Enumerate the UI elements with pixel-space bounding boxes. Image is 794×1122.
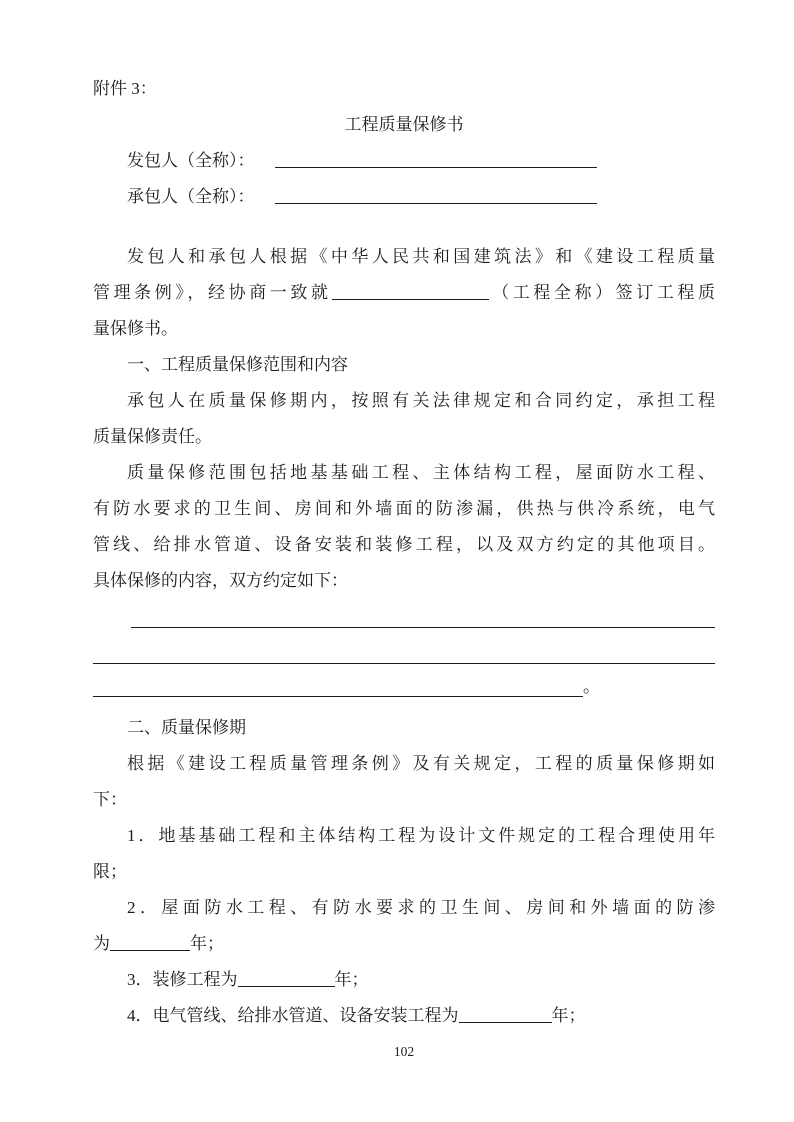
intro-text-pre: 管理条例》，经协商一致就 (93, 283, 332, 302)
write-in-rule-line (93, 628, 715, 664)
write-in-rule-line: 。 (93, 664, 715, 697)
write-in-rule-segment (93, 663, 583, 697)
item-4-text-post: 年； (552, 1006, 586, 1025)
intro-paragraph-line: 发包人和承包人根据《中华人民共和国建筑法》和《建设工程质量 (93, 239, 715, 275)
section1-paragraph-line: 承包人在质量保修期内，按照有关法律规定和合同约定，承担工程 (93, 383, 715, 419)
item-3-text-pre: 3．装修工程为 (127, 970, 238, 989)
item-2-text-post: 年； (190, 934, 224, 953)
section2-heading: 二、质量保修期 (93, 710, 715, 746)
party-a-label: 发包人（全称）： (127, 151, 255, 170)
warranty-item-4-line: 4．电气管线、给排水管道、设备安装工程为年； (93, 998, 715, 1034)
party-b-line: 承包人（全称）： (93, 179, 715, 215)
item-2-text-pre: 为 (93, 934, 110, 953)
warranty-item-1-line: 1．地基基础工程和主体结构工程为设计文件规定的工程合理使用年 (93, 818, 715, 854)
party-a-fill-blank (275, 155, 597, 168)
item-2-years-fill-blank (110, 938, 190, 951)
rule-line-terminator: 。 (583, 677, 600, 697)
section1-paragraph-line: 质量保修责任。 (93, 419, 715, 455)
section2-paragraph-line: 下： (93, 782, 715, 818)
section1-paragraph-line: 管线、给排水管道、设备安装和装修工程，以及双方约定的其他项目。 (93, 527, 715, 563)
warranty-item-2-line: 为年； (93, 926, 715, 962)
write-in-rule-line (131, 599, 715, 628)
item-4-text-pre: 4．电气管线、给排水管道、设备安装工程为 (127, 1006, 459, 1025)
project-name-fill-blank (332, 287, 489, 300)
section1-paragraph-line: 有防水要求的卫生间、房间和外墙面的防渗漏，供热与供冷系统，电气 (93, 491, 715, 527)
intro-paragraph-line: 量保修书。 (93, 311, 715, 347)
intro-paragraph-line: 管理条例》，经协商一致就（工程全称）签订工程质 (93, 275, 715, 311)
page-number: 102 (93, 1042, 715, 1062)
warranty-item-3-line: 3．装修工程为年； (93, 962, 715, 998)
section1-paragraph-line: 具体保修的内容，双方约定如下： (93, 563, 715, 599)
intro-text-post: （工程全称）签订工程质 (489, 283, 715, 302)
party-a-line: 发包人（全称）： (93, 143, 715, 179)
section1-paragraph-line: 质量保修范围包括地基基础工程、主体结构工程，屋面防水工程、 (93, 455, 715, 491)
party-b-fill-blank (275, 191, 597, 204)
vertical-spacer (93, 215, 715, 239)
item-3-years-fill-blank (238, 974, 335, 987)
attachment-label: 附件 3： (93, 71, 715, 107)
section1-heading: 一、工程质量保修范围和内容 (93, 347, 715, 383)
item-4-years-fill-blank (459, 1010, 552, 1023)
item-3-text-post: 年； (335, 970, 369, 989)
warranty-item-2-line: 2．屋面防水工程、有防水要求的卫生间、房间和外墙面的防渗 (93, 890, 715, 926)
warranty-item-1-line: 限； (93, 854, 715, 890)
party-b-label: 承包人（全称）： (127, 187, 255, 206)
section2-paragraph-line: 根据《建设工程质量管理条例》及有关规定，工程的质量保修期如 (93, 746, 715, 782)
document-page: 附件 3： 工程质量保修书 发包人（全称）： 承包人（全称）： 发包人和承包人根… (0, 0, 794, 1122)
document-title: 工程质量保修书 (93, 107, 715, 143)
